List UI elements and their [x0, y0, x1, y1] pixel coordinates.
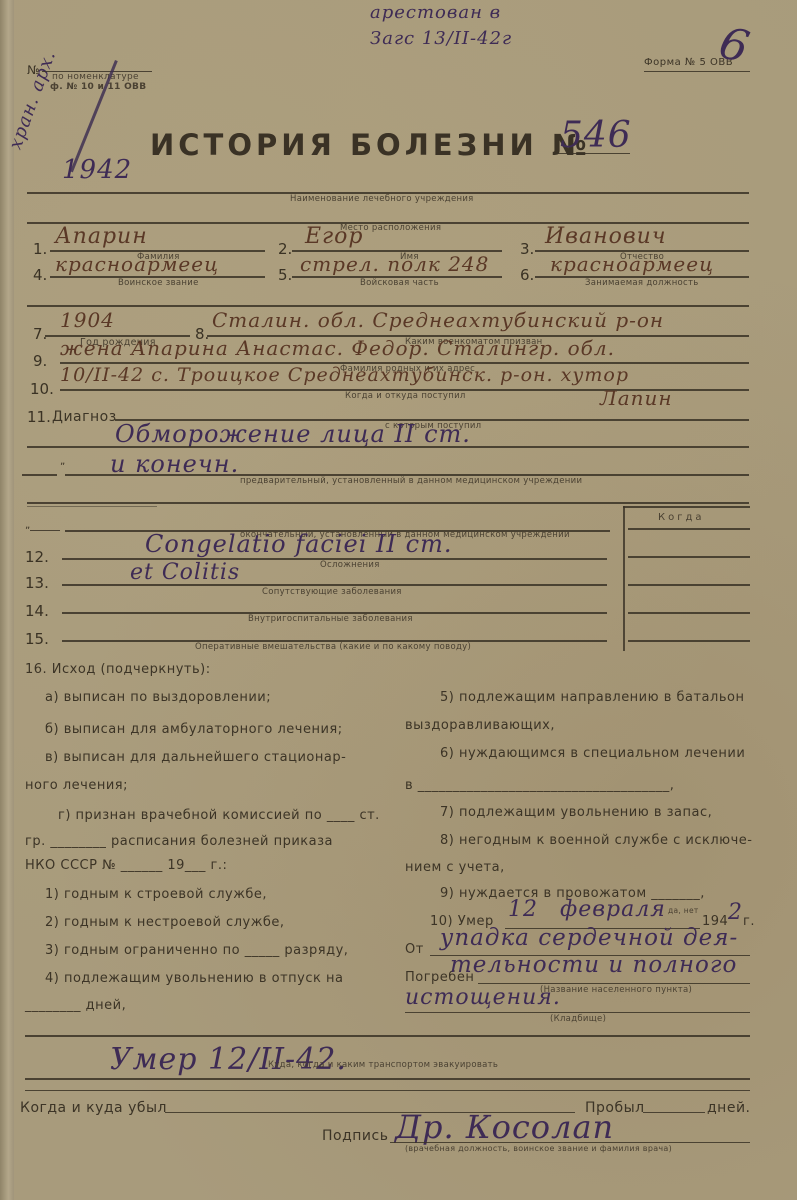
outcome-left-item: а) выписан по выздоровлении; [45, 690, 271, 705]
surname-value: Апарин [55, 224, 148, 249]
admission-caption: Когда и откуда поступил [345, 391, 466, 401]
page-title: ИСТОРИЯ БОЛЕЗНИ № [150, 128, 591, 162]
field-5-num: 5. [278, 266, 292, 284]
signature-value: Др. Косолап [395, 1108, 614, 1146]
evac-line-2 [25, 1078, 750, 1080]
complications-value: Congelatio faciei II ст. [145, 530, 452, 558]
nomenclature-no-label: № [27, 63, 40, 77]
quote-dash-2 [30, 530, 60, 531]
escort-caption: да, нет [668, 906, 699, 915]
relatives-value: жена Апарина Анастас. Федор. Сталингр. о… [60, 336, 615, 360]
field-14-num: 14. [25, 602, 49, 620]
record-number: 546 [560, 115, 632, 156]
outcome-left-item: г) признан врачебной комиссией по ____ с… [58, 808, 380, 823]
when-row-4 [628, 612, 750, 614]
outcome-right-item: в ____________________________________, [405, 778, 674, 793]
hospital-acquired-caption: Внутригоспитальные заболевания [248, 614, 413, 624]
field-10-num: 10. [30, 380, 54, 398]
when-row-3 [628, 584, 750, 586]
rank-value: красноармеец [55, 252, 219, 276]
when-row-1 [628, 528, 750, 530]
field-7-num: 7. [33, 325, 47, 343]
outcome-left-item: б) выписан для амбулаторного лечения; [45, 722, 343, 737]
evac-caption: Куда, когда и каким транспортом эвакуиро… [268, 1060, 498, 1070]
field-1-num: 1. [33, 240, 47, 258]
patronymic-value: Иванович [545, 224, 667, 249]
outcome-right-item: выздоравливающих, [405, 718, 555, 733]
nomenclature-caption-2: ф. № 10 и 11 ОВВ [50, 82, 146, 92]
concomitant-value: et Colitis [130, 560, 240, 585]
complications-caption: Осложнения [320, 560, 380, 570]
outcome-left-item: гр. ________ расписания болезней приказа [25, 834, 333, 849]
diagnosis-label: Диагноз [52, 409, 117, 425]
rank-caption: Воинское звание [118, 278, 199, 288]
signature-line [390, 1142, 750, 1143]
position-value: красноармеец [550, 252, 714, 276]
field-3-num: 3. [520, 240, 534, 258]
concomitant-caption: Сопутствующие заболевания [262, 587, 402, 597]
unit-value: стрел. полк 248 [300, 252, 489, 276]
record-number-underline [555, 153, 630, 154]
evac-line-3 [25, 1090, 750, 1091]
preliminary-line-2 [27, 502, 749, 504]
departed-label: Когда и куда убыл [20, 1100, 167, 1116]
outcome-left-item: НКО СССР № ______ 19___ г.: [25, 858, 227, 873]
when-box-top [623, 506, 750, 508]
field-13-num: 13. [25, 574, 49, 592]
top-note-line1: арестован в [370, 2, 501, 23]
year-handwritten: 1942 [62, 155, 132, 185]
first-name-value: Егор [305, 224, 364, 249]
admission-value: 10/II-42 с. Троицкое Среднеахтубинск. р-… [60, 364, 629, 386]
field-2-num: 2. [278, 240, 292, 258]
outcome-right-item: нием с учета, [405, 860, 505, 875]
diagnosis-value: Обморожение лица II ст. [115, 420, 471, 448]
quote-mark: „ [60, 456, 66, 467]
cemetery-caption: (Кладбище) [550, 1014, 606, 1024]
paper-edge [0, 0, 14, 1200]
unit-caption: Войсковая часть [360, 278, 439, 288]
outcome-left-item: 2) годным к нестроевой службе, [45, 915, 285, 930]
outcome-left-item: 4) подлежащим увольнению в отпуск на [45, 971, 343, 986]
final-top-line [27, 506, 157, 507]
died-year-suffix: 2 [728, 900, 743, 925]
field-9-num: 9. [33, 352, 47, 370]
died-year-unit: г. [743, 914, 755, 929]
buried-value: тельности и полного [450, 952, 737, 978]
settlement-line [478, 983, 750, 984]
form-corner-mark: 6 [714, 17, 755, 74]
stayed-line [643, 1112, 705, 1113]
outcome-left-item: 3) годным ограниченно по _____ разряду, [45, 943, 348, 958]
died-day: 12 [508, 897, 538, 922]
cemetery-line [405, 1012, 750, 1013]
outcome-left-item: 1) годным к строевой службе, [45, 887, 267, 902]
cemetery-value: истощения. [405, 985, 561, 1010]
outcome-right-item: 6) нуждающимся в специальном лечении [440, 746, 745, 761]
settlement-caption: (Название населенного пункта) [540, 985, 692, 995]
when-box-header: Когда [658, 512, 705, 523]
outcome-left-item: в) выписан для дальнейшего стационар- [45, 750, 346, 765]
field-6-num: 6. [520, 266, 534, 284]
nomenclature-caption-1: по номенклатуре [52, 72, 139, 82]
draft-office-value: Сталин. обл. Среднеахтубинский р-он [212, 308, 664, 332]
concomitant-line [62, 584, 607, 586]
field-15-num: 15. [25, 630, 49, 648]
quote-dash [22, 474, 57, 476]
field-11-num: 11. [27, 408, 51, 426]
outcome-right-item: 5) подлежащим направлению в батальон [440, 690, 744, 705]
evac-line-1 [25, 1035, 750, 1037]
cause-label: От [405, 942, 424, 957]
institution-caption: Наименование лечебного учреждения [290, 194, 474, 204]
birth-year-value: 1904 [60, 308, 115, 332]
died-month: февраля [560, 897, 666, 922]
outcome-left-item: ного лечения; [25, 778, 128, 793]
cause-value: упадка сердечной дея- [440, 925, 738, 951]
outcome-right-item: 7) подлежащим увольнению в запас, [440, 805, 712, 820]
days-label: дней. [707, 1100, 751, 1116]
when-row-5 [628, 640, 750, 642]
signature-caption: (врачебная должность, воинское звание и … [405, 1144, 672, 1153]
operations-caption: Оперативные вмешательства (какие и по ка… [195, 642, 471, 652]
outcome-heading: 16. Исход (подчеркнуть): [25, 662, 211, 677]
when-row-2 [628, 556, 750, 558]
outcome-right-item: 8) негодным к военной службе с исключе- [440, 833, 752, 848]
admission-value-2: Лапин [600, 386, 673, 410]
diagnosis-line-2 [27, 446, 749, 448]
outcome-left-item: ________ дней, [25, 998, 126, 1013]
field-4-num: 4. [33, 266, 47, 284]
top-note-line2: Загс 13/II-42г [370, 28, 512, 49]
when-box-border [623, 506, 625, 651]
position-caption: Занимаемая должность [585, 278, 699, 288]
separator-line [27, 305, 749, 307]
field-12-num: 12. [25, 548, 49, 566]
preliminary-caption: предварительный, установленный в данном … [240, 476, 582, 486]
signature-label: Подпись [322, 1128, 388, 1144]
